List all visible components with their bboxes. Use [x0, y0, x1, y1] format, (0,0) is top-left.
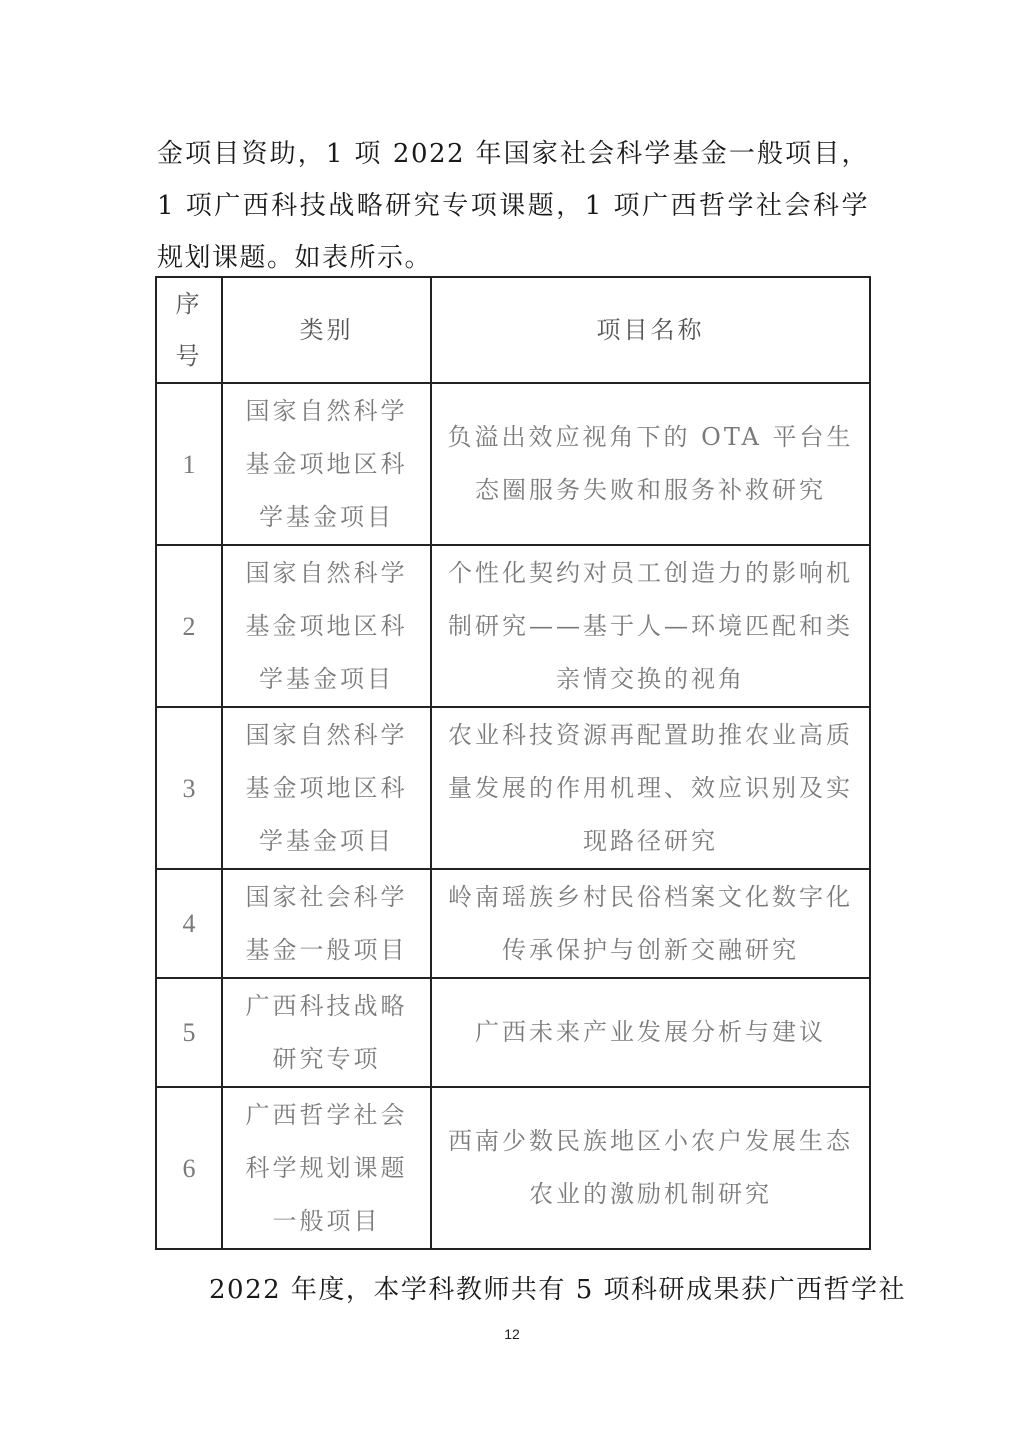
- table-row: 4 国家社会科学基金一般项目 岭南瑶族乡村民俗档案文化数字化传承保护与创新交融研…: [156, 869, 870, 978]
- table-row: 2 国家自然科学基金项地区科学基金项目 个性化契约对员工创造力的影响机制研究——…: [156, 545, 870, 707]
- row-project-name: 西南少数民族地区小农户发展生态农业的激励机制研究: [431, 1087, 870, 1249]
- row-category: 国家自然科学基金项地区科学基金项目: [222, 707, 431, 869]
- table-row: 1 国家自然科学基金项地区科学基金项目 负溢出效应视角下的 OTA 平台生态圈服…: [156, 383, 870, 545]
- row-project-name: 农业科技资源再配置助推农业高质量发展的作用机理、效应识别及实现路径研究: [431, 707, 870, 869]
- row-index: 5: [156, 978, 222, 1087]
- table-row: 6 广西哲学社会科学规划课题一般项目 西南少数民族地区小农户发展生态农业的激励机…: [156, 1087, 870, 1249]
- table-row: 3 国家自然科学基金项地区科学基金项目 农业科技资源再配置助推农业高质量发展的作…: [156, 707, 870, 869]
- row-category: 国家自然科学基金项地区科学基金项目: [222, 383, 431, 545]
- row-index: 2: [156, 545, 222, 707]
- header-project-name: 项目名称: [431, 277, 870, 383]
- header-category: 类别: [222, 277, 431, 383]
- row-project-name: 负溢出效应视角下的 OTA 平台生态圈服务失败和服务补救研究: [431, 383, 870, 545]
- row-index: 3: [156, 707, 222, 869]
- header-index: 序号: [156, 277, 222, 383]
- row-index: 1: [156, 383, 222, 545]
- row-index: 4: [156, 869, 222, 978]
- row-project-name: 个性化契约对员工创造力的影响机制研究——基于人—环境匹配和类亲情交换的视角: [431, 545, 870, 707]
- row-project-name: 岭南瑶族乡村民俗档案文化数字化传承保护与创新交融研究: [431, 869, 870, 978]
- closing-paragraph: 2022 年度，本学科教师共有 5 项科研成果获广西哲学社: [157, 1264, 869, 1316]
- table-header-row: 序号 类别 项目名称: [156, 277, 870, 383]
- intro-paragraph: 金项目资助，1 项 2022 年国家社会科学基金一般项目，1 项广西科技战略研究…: [157, 128, 869, 284]
- row-category: 广西哲学社会科学规划课题一般项目: [222, 1087, 431, 1249]
- projects-table: 序号 类别 项目名称 1 国家自然科学基金项地区科学基金项目 负溢出效应视角下的…: [155, 276, 871, 1250]
- page-number: 12: [0, 1326, 1024, 1342]
- row-project-name: 广西未来产业发展分析与建议: [431, 978, 870, 1087]
- row-category: 广西科技战略研究专项: [222, 978, 431, 1087]
- row-category: 国家社会科学基金一般项目: [222, 869, 431, 978]
- row-category: 国家自然科学基金项地区科学基金项目: [222, 545, 431, 707]
- table-row: 5 广西科技战略研究专项 广西未来产业发展分析与建议: [156, 978, 870, 1087]
- row-index: 6: [156, 1087, 222, 1249]
